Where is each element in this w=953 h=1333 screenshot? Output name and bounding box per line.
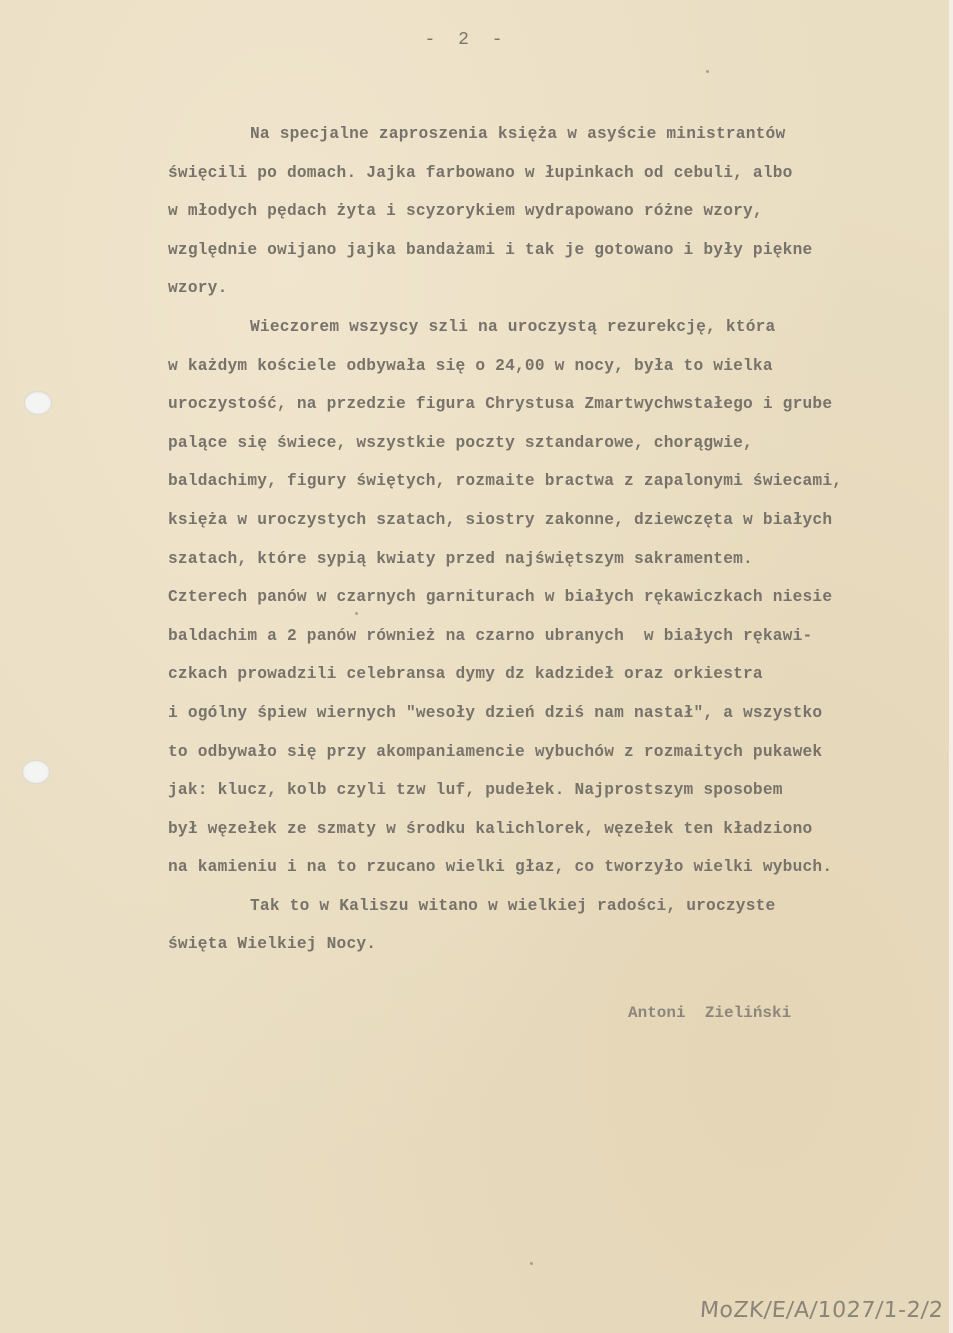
text-line: w każdym kościele odbywała się o 24,00 w… (168, 347, 948, 386)
text-line: i ogólny śpiew wiernych "wesoły dzień dz… (168, 694, 948, 733)
text-line: uroczystość, na przedzie figura Chrystus… (168, 385, 948, 424)
archive-reference-mark: MoZK/E/A/1027/1-2/2 (699, 1298, 944, 1323)
scan-edge (949, 0, 953, 1333)
paragraph-2: Wieczorem wszyscy szli na uroczystą rezu… (168, 308, 948, 887)
text-line: jak: klucz, kolb czyli tzw luf, pudełek.… (168, 771, 948, 810)
text-line: księża w uroczystych szatach, siostry za… (168, 501, 948, 540)
text-line: wzory. (168, 269, 948, 308)
text-line: na kamieniu i na to rzucano wielki głaz,… (168, 848, 948, 887)
text-line: palące się świece, wszystkie poczty szta… (168, 424, 948, 463)
paper-speck (530, 1262, 533, 1265)
text-line: święta Wielkiej Nocy. (168, 925, 948, 964)
punch-hole-bottom (22, 760, 50, 784)
text-line: w młodych pędach żyta i scyzorykiem wydr… (168, 192, 948, 231)
text-line: względnie owijano jajka bandażami i tak … (168, 231, 948, 270)
author-signature: Antoni Zieliński (628, 1004, 791, 1022)
text-line: Na specjalne zaproszenia księża w asyści… (168, 115, 948, 154)
paragraph-3: Tak to w Kaliszu witano w wielkiej radoś… (168, 887, 948, 964)
paper-speck (706, 70, 709, 73)
page-number: - 2 - (0, 30, 933, 50)
text-line: czkach prowadzili celebransa dymy dz kad… (168, 655, 948, 694)
paragraph-1: Na specjalne zaproszenia księża w asyści… (168, 115, 948, 308)
text-line: był węzełek ze szmaty w środku kalichlor… (168, 810, 948, 849)
text-line: to odbywało się przy akompaniamencie wyb… (168, 733, 948, 772)
text-line: święcili po domach. Jajka farbowano w łu… (168, 154, 948, 193)
text-line: Wieczorem wszyscy szli na uroczystą rezu… (168, 308, 948, 347)
text-line: baldachimy, figury świętych, rozmaite br… (168, 462, 948, 501)
text-line: Tak to w Kaliszu witano w wielkiej radoś… (168, 887, 948, 926)
text-line: Czterech panów w czarnych garniturach w … (168, 578, 948, 617)
text-line: szatach, które sypią kwiaty przed najświ… (168, 540, 948, 579)
punch-hole-top (24, 391, 52, 415)
document-body: Na specjalne zaproszenia księża w asyści… (168, 115, 948, 964)
text-line: baldachim a 2 panów również na czarno ub… (168, 617, 948, 656)
